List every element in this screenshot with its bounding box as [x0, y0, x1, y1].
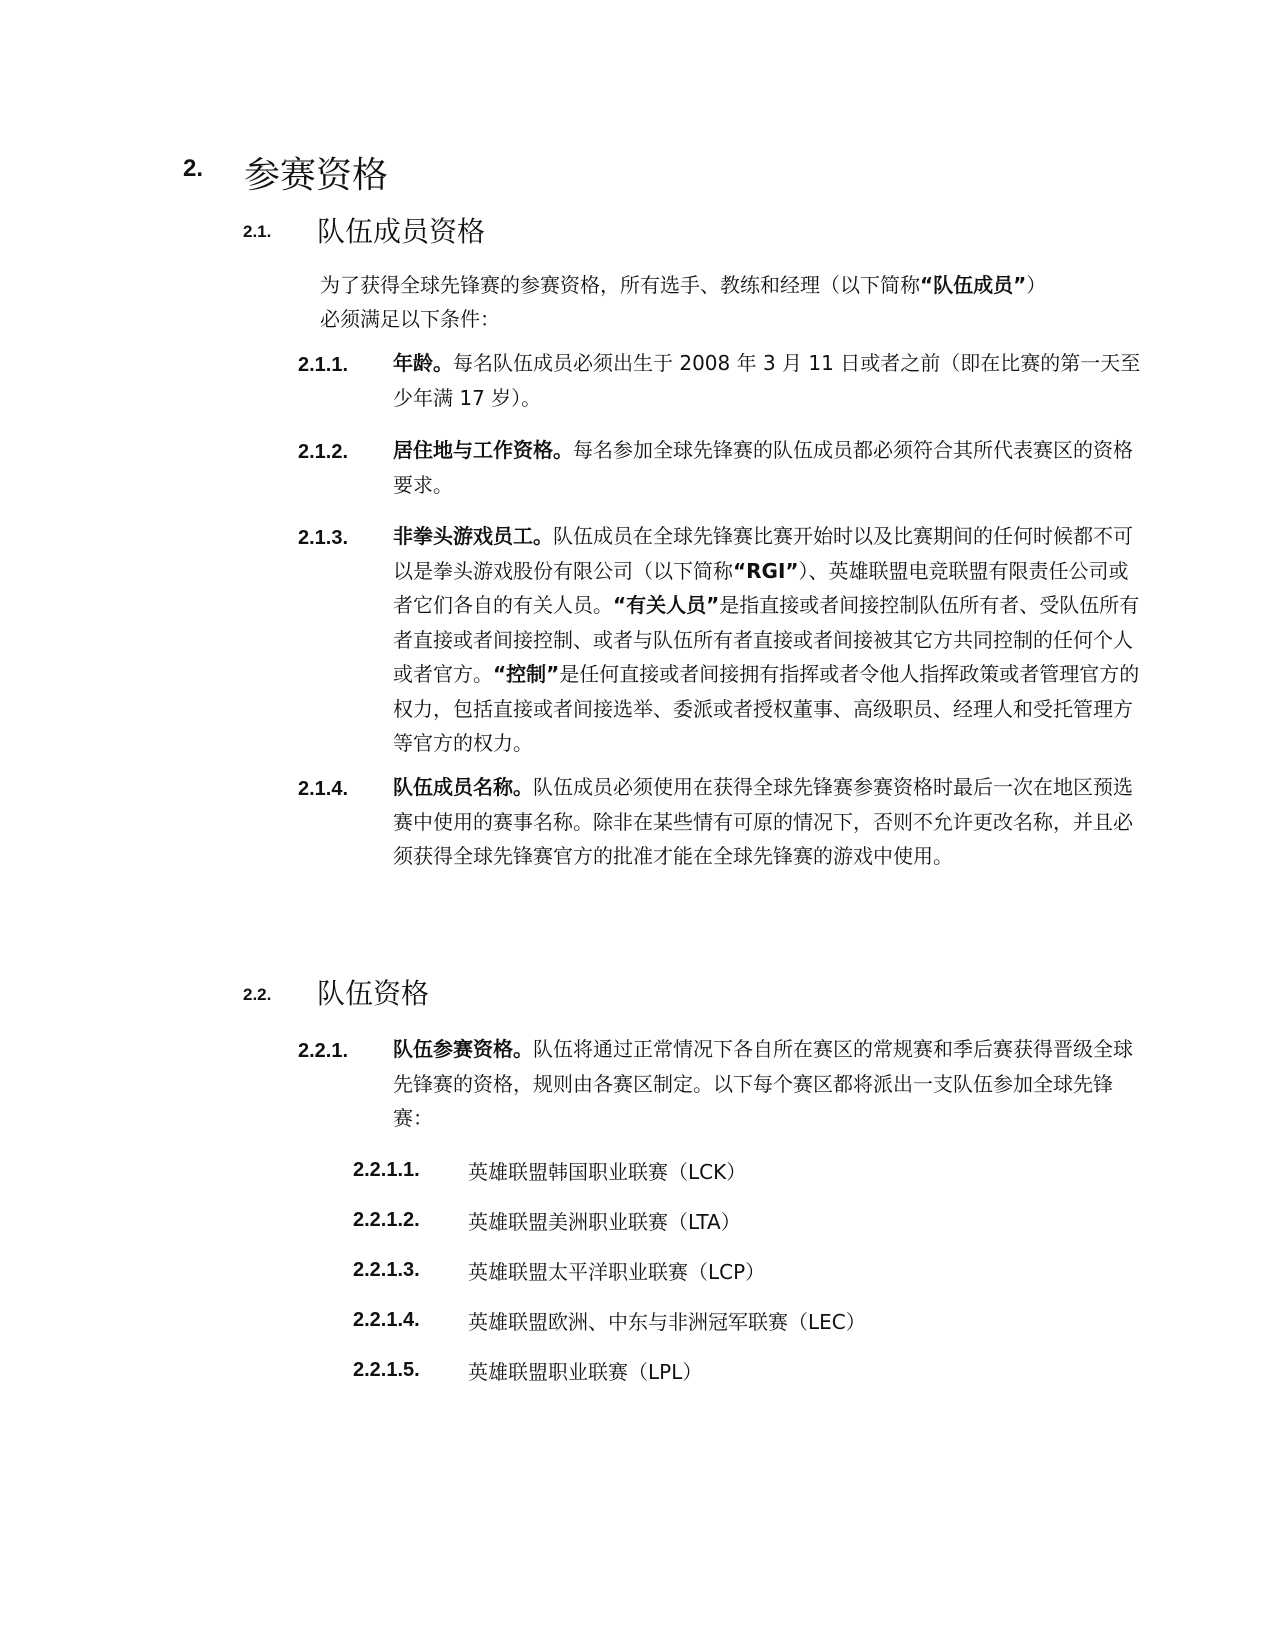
clause-number: 2.1.4. — [298, 778, 348, 801]
subsection-number: 2.1. — [243, 222, 271, 242]
defined-term: “控制” — [493, 662, 559, 686]
subsection-title: 队伍成员资格 — [317, 210, 485, 250]
intro-text-end: ） — [1026, 273, 1046, 297]
clause-title: 居住地与工作资格。 — [393, 438, 573, 462]
league-number: 2.2.1.5. — [353, 1359, 420, 1382]
league-number: 2.2.1.2. — [353, 1209, 420, 1232]
clause-number: 2.1.2. — [298, 441, 348, 464]
clause-number: 2.1.3. — [298, 527, 348, 550]
clause-non-riot-employee: 非拳头游戏员工。队伍成员在全球先锋赛比赛开始时以及比赛期间的任何时候都不可以是拳… — [393, 519, 1143, 761]
league-number: 2.2.1.4. — [353, 1309, 420, 1332]
subsection-title: 队伍资格 — [317, 972, 429, 1012]
league-item: 英雄联盟美洲职业联赛（LTA） — [468, 1206, 741, 1235]
intro-text: 为了获得全球先锋赛的参赛资格，所有选手、教练和经理（以下简称 — [320, 273, 920, 297]
section-number: 2. — [183, 155, 203, 183]
clause-number: 2.2.1. — [298, 1040, 348, 1063]
intro-bold-term: “队伍成员” — [920, 273, 1026, 297]
clause-text: 每名队伍成员必须出生于 2008 年 3 月 11 日或者之前（即在比赛的第一天… — [393, 351, 1140, 410]
clause-title: 年龄。 — [393, 351, 453, 375]
defined-term: “有关人员” — [613, 593, 719, 617]
intro-text-line2: 必须满足以下条件： — [320, 307, 500, 331]
section-title: 参赛资格 — [244, 147, 388, 198]
defined-term: “RGI” — [733, 559, 799, 583]
league-number: 2.2.1.3. — [353, 1259, 420, 1282]
clause-age: 年龄。每名队伍成员必须出生于 2008 年 3 月 11 日或者之前（即在比赛的… — [393, 346, 1143, 415]
clause-team-eligibility: 队伍参赛资格。队伍将通过正常情况下各自所在赛区的常规赛和季后赛获得晋级全球先锋赛… — [393, 1032, 1143, 1136]
clause-residency: 居住地与工作资格。每名参加全球先锋赛的队伍成员都必须符合其所代表赛区的资格要求。 — [393, 433, 1143, 502]
clause-title: 非拳头游戏员工。 — [393, 524, 553, 548]
clause-title: 队伍参赛资格。 — [393, 1037, 533, 1061]
intro-paragraph: 为了获得全球先锋赛的参赛资格，所有选手、教练和经理（以下简称“队伍成员”） 必须… — [320, 268, 1130, 336]
league-number: 2.2.1.1. — [353, 1159, 420, 1182]
clause-number: 2.1.1. — [298, 354, 348, 377]
clause-member-name: 队伍成员名称。队伍成员必须使用在获得全球先锋赛参赛资格时最后一次在地区预选赛中使… — [393, 770, 1143, 874]
clause-title: 队伍成员名称。 — [393, 775, 533, 799]
subsection-number: 2.2. — [243, 985, 271, 1005]
league-item: 英雄联盟韩国职业联赛（LCK） — [468, 1156, 746, 1185]
league-item: 英雄联盟欧洲、中东与非洲冠军联赛（LEC） — [468, 1306, 866, 1335]
league-item: 英雄联盟职业联赛（LPL） — [468, 1356, 702, 1385]
league-item: 英雄联盟太平洋职业联赛（LCP） — [468, 1256, 765, 1285]
